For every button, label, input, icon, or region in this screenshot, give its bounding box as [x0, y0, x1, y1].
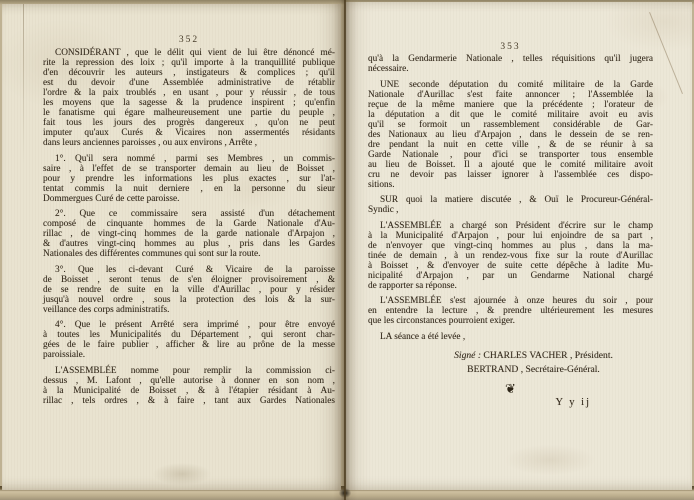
- text-line: sitions.: [368, 180, 653, 190]
- fleuron-ornament-icon: ❦: [368, 382, 653, 395]
- left-page-text: CONSIDÉRANT , que le délit qui vient de …: [43, 48, 335, 406]
- text-line: en entendre la lecture , & prendre ultér…: [368, 306, 653, 316]
- signature-line: Signé : CHARLES VACHER , Président.: [368, 351, 653, 361]
- text-line: au lieu de Boisset. Il a ajouté que le c…: [368, 160, 653, 170]
- text-line: SUR quoi la matiere discutée , & Ouï le …: [368, 195, 653, 205]
- president-title: , Président.: [568, 350, 613, 361]
- text-line: qu'il se formoit un rassemblement consid…: [368, 120, 653, 130]
- text-line: Syndic ,: [368, 205, 653, 215]
- text-line: 1°. Qu'il sera nommé , parmi ses Membres…: [43, 154, 335, 164]
- text-line: tinée de demain , à un rendez-vous fixe …: [368, 251, 653, 261]
- secretary-title: , Secrétaire-Général.: [518, 364, 600, 375]
- paragraph: L'ASSEMBLÉE s'est ajournée à onze heures…: [368, 296, 653, 326]
- paragraph: UNE seconde députation du comité militai…: [368, 80, 653, 190]
- text-line: à la Municipalité d'Arpajon , pour lui e…: [368, 231, 653, 241]
- text-line: 2°. Que ce commissaire sera assisté d'un…: [43, 209, 335, 219]
- right-page-text: qu'à la Gendarmerie Nationale , telles r…: [368, 54, 653, 408]
- paragraph: L'ASSEMBLÉE nomme pour remplir la commis…: [43, 366, 335, 406]
- text-line: le fanatisme qui égare malheureusement u…: [43, 108, 335, 118]
- text-line: 4°. Que le présent Arrêté sera imprimé ,…: [43, 320, 335, 330]
- text-line: cru ne devoir pas laisser ignorer à l'as…: [368, 170, 653, 180]
- text-line: L'ASSEMBLÉE s'est ajournée à onze heures…: [368, 296, 653, 306]
- right-page-paragraphs: qu'à la Gendarmerie Nationale , telles r…: [368, 54, 653, 342]
- text-line: nécessaire.: [368, 64, 653, 74]
- text-line: dre pendant la nuit en cette ville , & d…: [368, 140, 653, 150]
- text-line: saire , à l'effet de se transporter dema…: [43, 164, 335, 174]
- text-line: Nationales des différentes communes qui …: [43, 249, 335, 259]
- text-line: nicipalité d'Arpajon , par un Gendarme N…: [368, 271, 653, 281]
- text-line: est du devoir d'une Assemblée administra…: [43, 78, 335, 88]
- text-line: dessus , M. Lafont , qu'elle autorise à …: [43, 376, 335, 386]
- text-line: gées de le faire publier , afficher & li…: [43, 340, 335, 350]
- text-line: CONSIDÉRANT , que le délit qui vient de …: [43, 48, 335, 58]
- text-line: à Boisset , & d'envoyer de suite cette d…: [368, 261, 653, 271]
- book-scan: 352 CONSIDÉRANT , que le délit qui vient…: [0, 0, 694, 500]
- signed-prefix: Signé :: [454, 350, 483, 361]
- signature-mark: Y y ij: [368, 398, 653, 408]
- text-line: rillac , tels ordres , & à faire , tant …: [43, 396, 335, 406]
- text-line: de se rendre de suite en la ville d'Auri…: [43, 285, 335, 295]
- text-line: & d'autres vingt-cinq hommes au plus , p…: [43, 239, 335, 249]
- text-line: à toutes les Municipalités du Départemen…: [43, 330, 335, 340]
- paragraph: CONSIDÉRANT , que le délit qui vient de …: [43, 48, 335, 148]
- text-line: de n'envoyer que vingt-cinq hommes au pl…: [368, 241, 653, 251]
- paragraph: 4°. Que le présent Arrêté sera imprimé ,…: [43, 320, 335, 360]
- text-line: Dommergues Curé de cette paroisse.: [43, 194, 335, 204]
- text-line: tentat commis la nuit derniere , en la p…: [43, 184, 335, 194]
- text-line: de Boisset , seront tenus de s'en éloign…: [43, 275, 335, 285]
- text-line: fait tous les jours des progrès dangereu…: [43, 118, 335, 128]
- text-line: composé de cinquante hommes de la Garde …: [43, 219, 335, 229]
- paragraph: L'ASSEMBLÉE a chargé son Président d'écr…: [368, 221, 653, 291]
- text-line: jusqu'à nouvel ordre , sous la protectio…: [43, 295, 335, 305]
- text-line: LA séance a été levée ,: [368, 332, 653, 342]
- text-line: rite la repression des loix ; qu'il impo…: [43, 58, 335, 68]
- text-line: Nationale d'Aurillac s'est faite annonce…: [368, 90, 653, 100]
- paragraph: 1°. Qu'il sera nommé , parmi ses Membres…: [43, 154, 335, 204]
- secretary-line: BERTRAND , Secrétaire-Général.: [368, 365, 653, 375]
- text-line: reçue de la même maniere que la précéden…: [368, 100, 653, 110]
- text-line: pour y prendre les informations les plus…: [43, 174, 335, 184]
- paragraph: 2°. Que ce commissaire sera assisté d'un…: [43, 209, 335, 259]
- text-line: UNE seconde députation du comité militai…: [368, 80, 653, 90]
- text-line: 3°. Que les ci-devant Curé & Vicaire de …: [43, 265, 335, 275]
- right-page: 353 qu'à la Gendarmerie Nationale , tell…: [345, 2, 692, 490]
- text-line: Garde Nationale , pour d'ici se transpor…: [368, 150, 653, 160]
- text-line: la députation a dit que le comité milita…: [368, 110, 653, 120]
- text-line: de rapporter sa réponse.: [368, 281, 653, 291]
- paragraph: SUR quoi la matiere discutée , & Ouï le …: [368, 195, 653, 215]
- text-line: qu'à la Gendarmerie Nationale , telles r…: [368, 54, 653, 64]
- paragraph: qu'à la Gendarmerie Nationale , telles r…: [368, 54, 653, 74]
- text-line: que les circonstances pourroient exiger.: [368, 316, 653, 326]
- text-line: veillance des corps administratifs.: [43, 305, 335, 315]
- text-line: L'ASSEMBLÉE nomme pour remplir la commis…: [43, 366, 335, 376]
- paragraph: LA séance a été levée ,: [368, 332, 653, 342]
- text-line: imputer qu'aux Curés & Vicaires non asse…: [43, 128, 335, 138]
- text-line: à la Municipalité de Boisset , & à l'éta…: [43, 386, 335, 396]
- text-line: L'ASSEMBLÉE a chargé son Président d'écr…: [368, 221, 653, 231]
- president-name: CHARLES VACHER: [483, 350, 567, 361]
- paragraph: 3°. Que les ci-devant Curé & Vicaire de …: [43, 265, 335, 315]
- text-line: rillac , de vingt-cinq hommes de la gard…: [43, 229, 335, 239]
- text-line: d'en découvrir les auteurs , instigateur…: [43, 68, 335, 78]
- text-line: l'ordre & la paix troublés , en usant , …: [43, 88, 335, 98]
- text-line: dans leurs anciennes paroisses , ou aux …: [43, 138, 335, 148]
- text-line: des Nationaux au lieu d'Arpajon , dans l…: [368, 130, 653, 140]
- left-page-number: 352: [43, 35, 335, 45]
- left-page: 352 CONSIDÉRANT , que le délit qui vient…: [2, 4, 341, 490]
- text-line: paroissiale.: [43, 350, 335, 360]
- closing-block: Signé : CHARLES VACHER , Président. BERT…: [368, 351, 653, 408]
- secretary-name: BERTRAND: [467, 364, 518, 375]
- right-page-number: 353: [368, 42, 653, 52]
- text-line: les moyens que la sagesse & la prudence …: [43, 98, 335, 108]
- book-gutter: [333, 0, 357, 500]
